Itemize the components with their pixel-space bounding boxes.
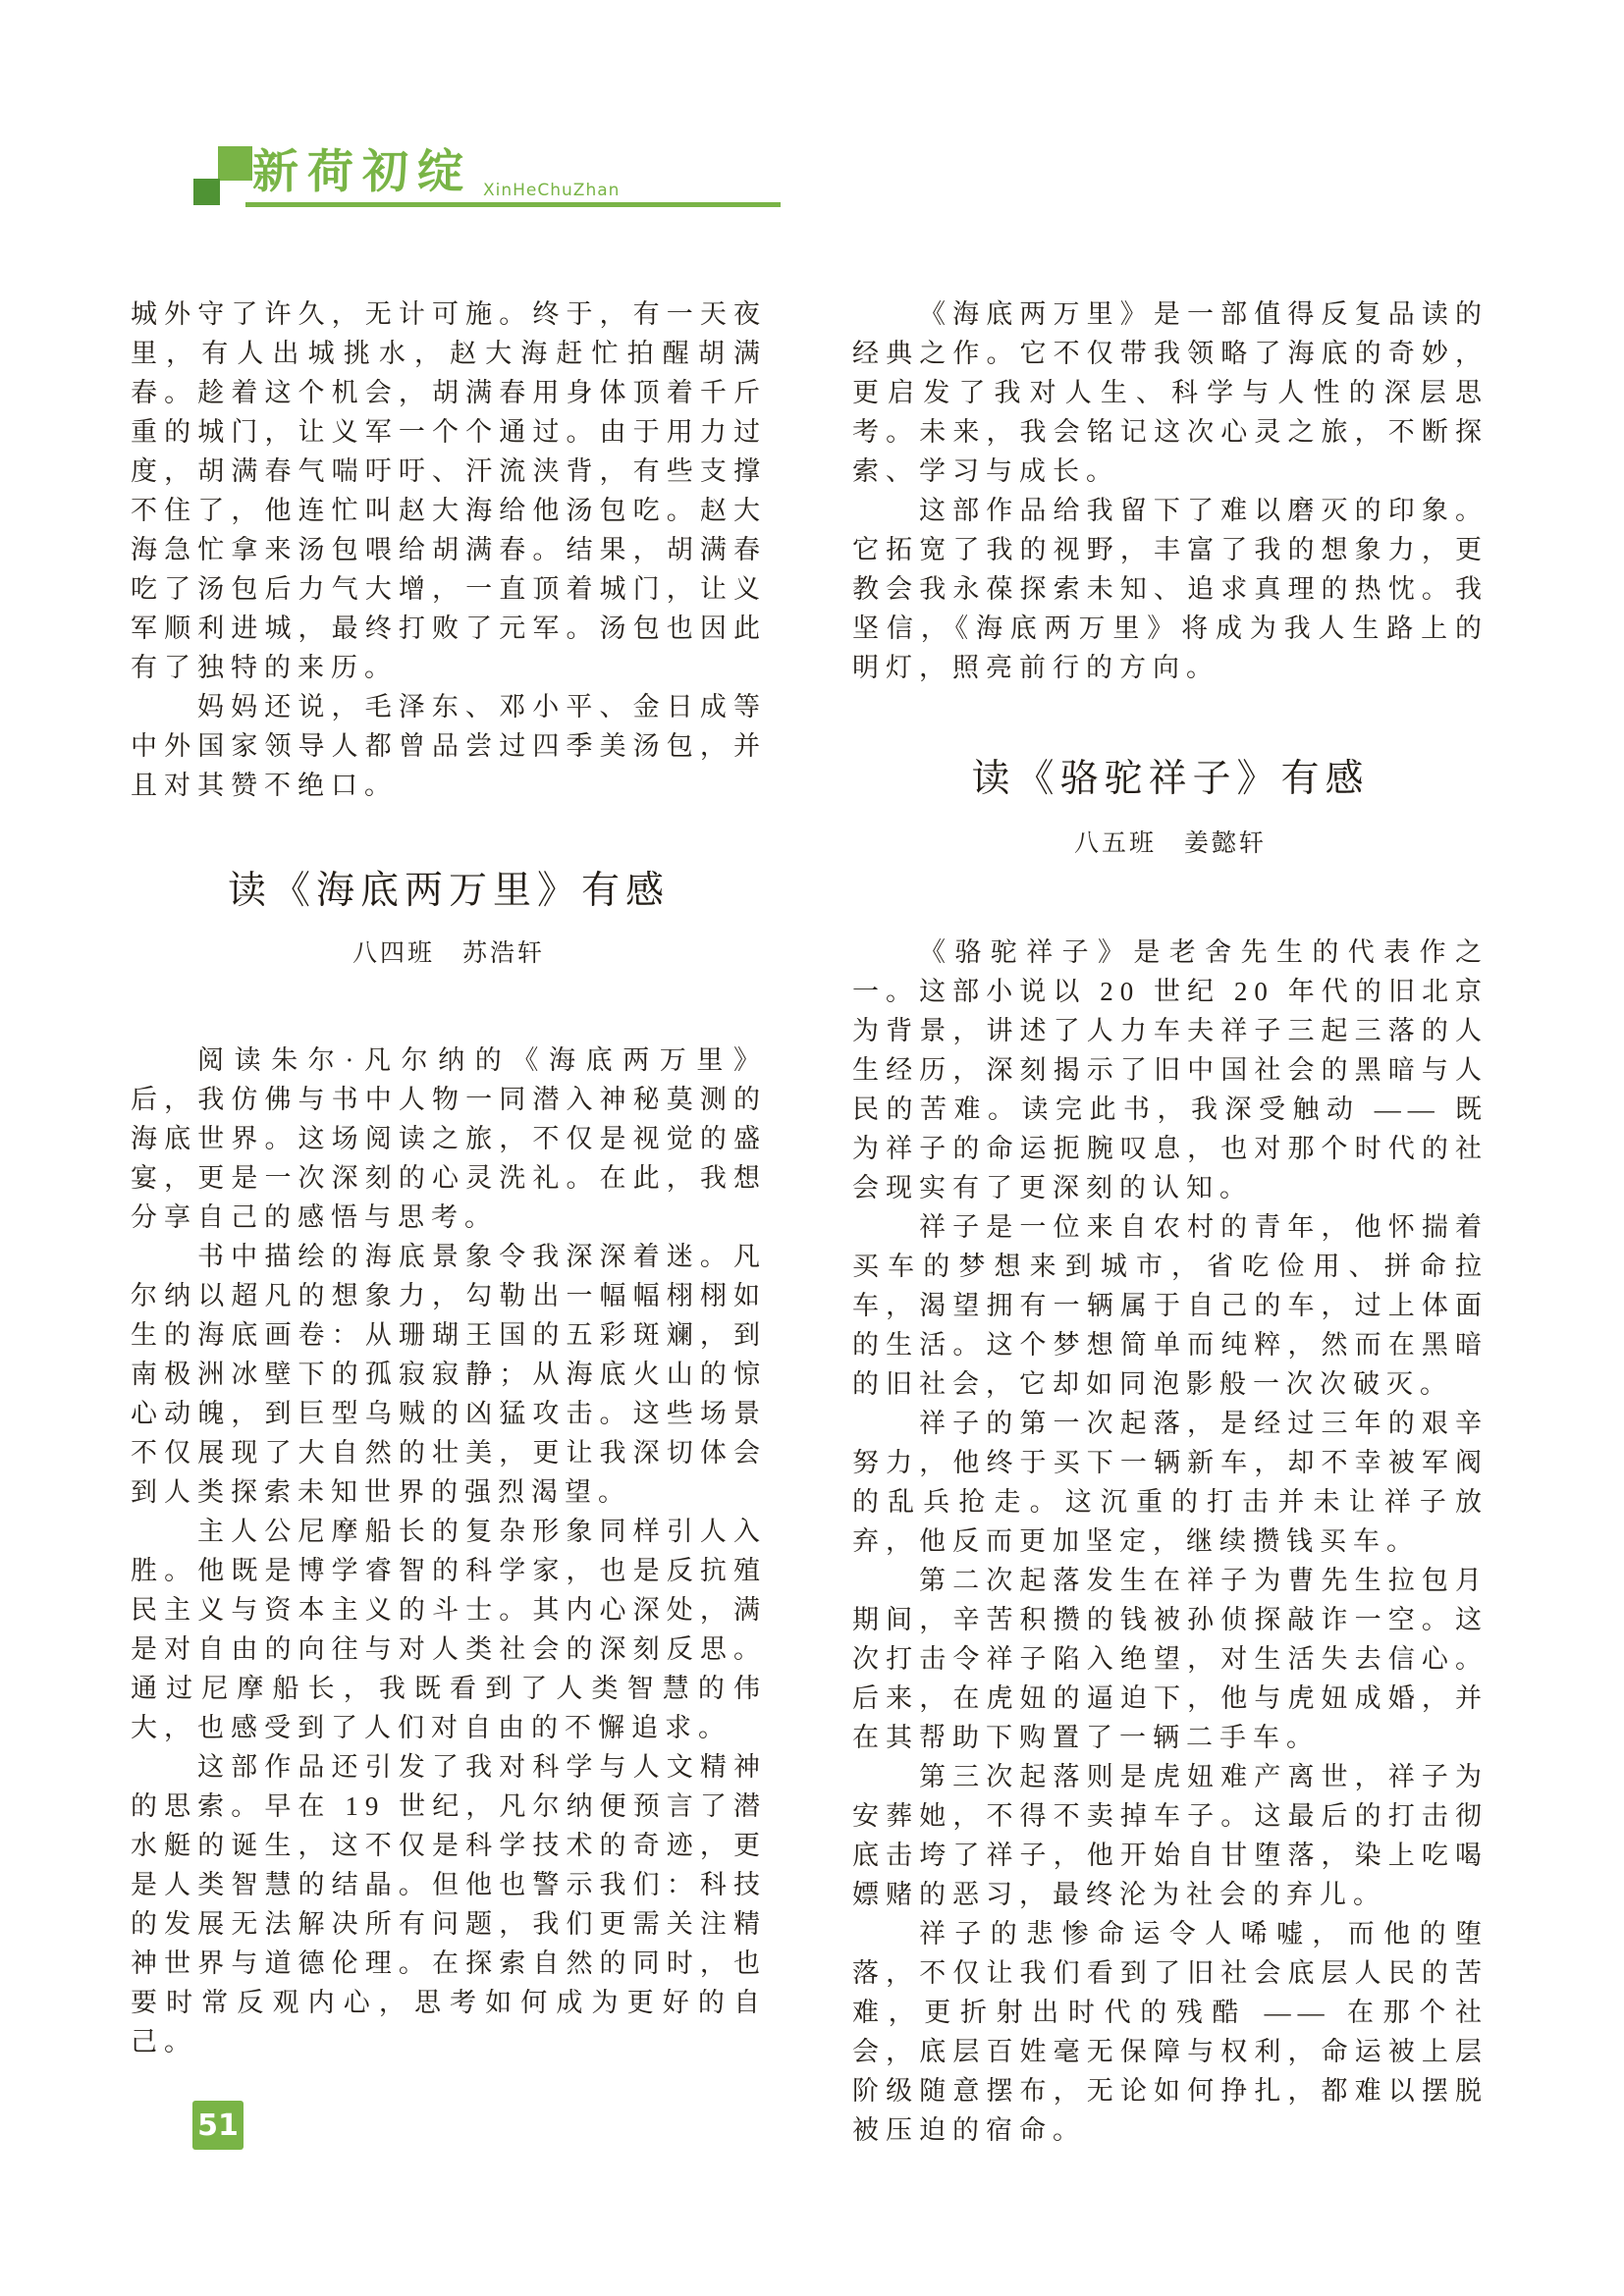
left-column-continuation: 城外守了许久，无计可施。终于，有一天夜里，有人出城挑水，赵大海赶忙拍醒胡满春。趁… xyxy=(131,294,767,805)
left-column-article-body: 阅读朱尔·凡尔纳的《海底两万里》后，我仿佛与书中人物一同潜入神秘莫测的海底世界。… xyxy=(131,1041,767,2061)
article-title: 读《海底两万里》有感 xyxy=(131,866,767,917)
article-title: 读《骆驼祥子》有感 xyxy=(852,754,1489,805)
article-author: 八四班 苏浩轩 xyxy=(131,937,767,971)
body-paragraph: 城外守了许久，无计可施。终于，有一天夜里，有人出城挑水，赵大海赶忙拍醒胡满春。趁… xyxy=(131,294,767,687)
body-paragraph: 第二次起落发生在祥子为曹先生拉包月期间，辛苦积攒的钱被孙侦探敲诈一空。这次打击令… xyxy=(852,1561,1489,1757)
page-subtitle: XinHeChuZhan xyxy=(483,181,620,200)
body-paragraph: 《海底两万里》是一部值得反复品读的经典之作。它不仅带我领略了海底的奇妙，更启发了… xyxy=(852,294,1489,491)
header-underline xyxy=(245,202,781,207)
body-paragraph: 阅读朱尔·凡尔纳的《海底两万里》后，我仿佛与书中人物一同潜入神秘莫测的海底世界。… xyxy=(131,1041,767,1237)
page-title: 新荷初绽 xyxy=(252,143,472,202)
magazine-page: 新荷初绽 XinHeChuZhan 城外守了许久，无计可施。终于，有一天夜里，有… xyxy=(0,0,1624,2296)
body-paragraph: 《骆驼祥子》是老舍先生的代表作之一。这部小说以 20 世纪 20 年代的旧北京为… xyxy=(852,933,1489,1207)
body-paragraph: 第三次起落则是虎妞难产离世，祥子为安葬她，不得不卖掉车子。这最后的打击彻底击垮了… xyxy=(852,1757,1489,1914)
body-paragraph: 书中描绘的海底景象令我深深着迷。凡尔纳以超凡的想象力，勾勒出一幅幅栩栩如生的海底… xyxy=(131,1237,767,1512)
body-paragraph: 主人公尼摩船长的复杂形象同样引人入胜。他既是博学睿智的科学家，也是反抗殖民主义与… xyxy=(131,1512,767,1747)
page-number-badge: 51 xyxy=(192,2101,244,2150)
right-column-article-body: 《骆驼祥子》是老舍先生的代表作之一。这部小说以 20 世纪 20 年代的旧北京为… xyxy=(852,933,1489,2150)
right-column-continuation: 《海底两万里》是一部值得反复品读的经典之作。它不仅带我领略了海底的奇妙，更启发了… xyxy=(852,294,1489,687)
article-author: 八五班 姜懿轩 xyxy=(852,828,1489,861)
logo-square-icon xyxy=(218,146,252,181)
body-paragraph: 祥子的第一次起落，是经过三年的艰辛努力，他终于买下一辆新车，却不幸被军阀的乱兵抢… xyxy=(852,1404,1489,1561)
body-paragraph: 这部作品还引发了我对科学与人文精神的思索。早在 19 世纪，凡尔纳便预言了潜水艇… xyxy=(131,1747,767,2061)
body-paragraph: 妈妈还说，毛泽东、邓小平、金日成等中外国家领导人都曾品尝过四季美汤包，并且对其赞… xyxy=(131,687,767,805)
body-paragraph: 祥子的悲惨命运令人唏嘘，而他的堕落，不仅让我们看到了旧社会底层人民的苦难，更折射… xyxy=(852,1914,1489,2150)
body-paragraph: 祥子是一位来自农村的青年，他怀揣着买车的梦想来到城市，省吃俭用、拼命拉车，渴望拥… xyxy=(852,1207,1489,1404)
body-paragraph: 这部作品给我留下了难以磨灭的印象。它拓宽了我的视野，丰富了我的想象力，更教会我永… xyxy=(852,491,1489,687)
logo-square-icon xyxy=(193,179,220,205)
